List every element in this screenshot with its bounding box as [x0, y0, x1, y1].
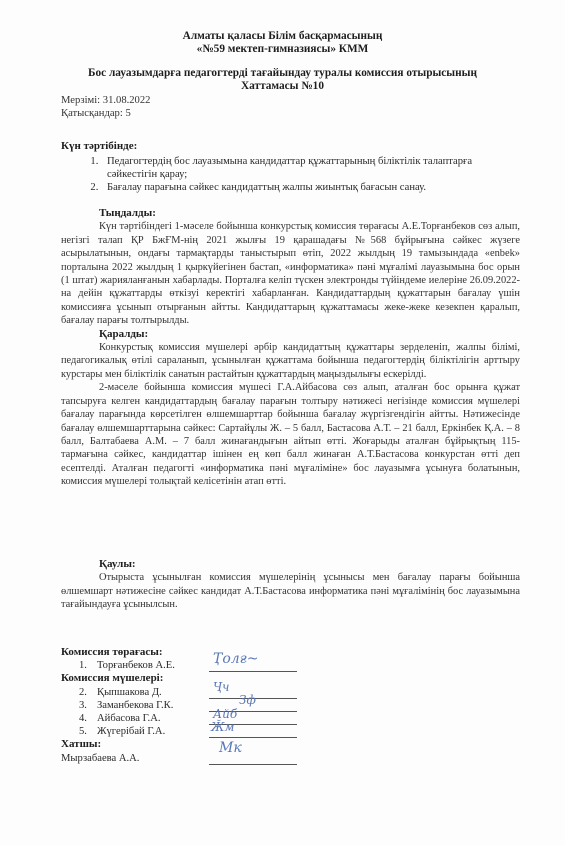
signer-name: Қыпшакова Д. — [97, 686, 162, 699]
members-title: Комиссия мүшелері: — [61, 672, 163, 684]
agenda-list: Педагогтердің бос лауазымына кандидаттар… — [61, 155, 521, 194]
org-line-2: «№59 мектеп-гимназиясы» КММ — [0, 43, 565, 56]
signature-line — [209, 764, 297, 765]
row-number: 4. — [79, 712, 87, 725]
title-line-2: Хаттамасы №10 — [0, 80, 565, 93]
listened-title: Тыңдалды: — [61, 207, 520, 220]
participants-count: Қатысқандар: 5 — [61, 107, 150, 120]
signature-row: 3. Заманбекова Г.К. Зф — [61, 699, 361, 712]
handwritten-signature: Мк — [219, 742, 242, 755]
considered-paragraph-2: 2-мәселе бойынша комиссия мүшесі Г.А.Айб… — [61, 381, 520, 488]
organization-header: Алматы қаласы Білім басқармасының «№59 м… — [0, 30, 565, 56]
row-number: 1. — [79, 659, 87, 672]
row-number: 3. — [79, 699, 87, 712]
signer-name: Айбасова Г.А. — [97, 712, 161, 725]
row-number: 5. — [79, 725, 87, 738]
listened-section: Тыңдалды: Күн тәртібіндегі 1-мәселе бойы… — [61, 207, 520, 489]
agenda-title: Күн тәртібінде: — [61, 140, 521, 153]
signer-name: Мырзабаева А.А. — [61, 752, 139, 765]
handwritten-signature: Ҭолғ~ — [213, 653, 259, 666]
meeting-meta: Мерзімі: 31.08.2022 Қатысқандар: 5 — [61, 94, 150, 120]
signer-name: Заманбекова Г.К. — [97, 699, 173, 712]
signer-name: Жүгерібай Г.А. — [97, 725, 165, 738]
considered-title: Қаралды: — [61, 328, 520, 341]
chair-title: Комиссия төрағасы: — [61, 646, 163, 658]
decision-section: Қаулы: Отырыста ұсынылған комиссия мүшел… — [61, 558, 520, 612]
agenda-item: Бағалау парағына сәйкес кандидаттың жалп… — [101, 181, 521, 194]
meeting-date: Мерзімі: 31.08.2022 — [61, 94, 150, 107]
decision-title: Қаулы: — [61, 558, 520, 571]
secretary-title: Хатшы: — [61, 738, 101, 750]
handwritten-signature: Ҷч — [213, 681, 229, 694]
decision-text: Отырыста ұсынылған комиссия мүшелерінің … — [61, 571, 520, 611]
listened-text: Күн тәртібіндегі 1-мәселе бойынша конкур… — [61, 220, 520, 327]
signature-row: 1. Торғанбеков А.Е. Ҭолғ~ — [61, 659, 361, 672]
signature-row: 5. Жүгерібай Г.А. Ӂм — [61, 725, 361, 738]
considered-paragraph-1: Конкурстық комиссия мүшелері әрбір канди… — [61, 341, 520, 381]
signatures-section: Комиссия төрағасы: 1. Торғанбеков А.Е. Ҭ… — [61, 646, 361, 765]
document-title: Бос лауазымдарға педагогтерді тағайындау… — [0, 67, 565, 93]
document-page: Алматы қаласы Білім басқармасының «№59 м… — [0, 0, 565, 845]
handwritten-signature: Зф — [239, 694, 256, 707]
handwritten-signature: Ӂм — [211, 721, 234, 734]
signer-name: Торғанбеков А.Е. — [97, 659, 175, 672]
agenda-section: Күн тәртібінде: Педагогтердің бос лауазы… — [61, 140, 521, 194]
org-line-1: Алматы қаласы Білім басқармасының — [0, 30, 565, 43]
signature-row: Мырзабаева А.А. Мк — [61, 752, 361, 765]
signature-row: 2. Қыпшакова Д. Ҷч — [61, 686, 361, 699]
title-line-1: Бос лауазымдарға педагогтерді тағайындау… — [0, 67, 565, 80]
agenda-item: Педагогтердің бос лауазымына кандидаттар… — [101, 155, 521, 181]
row-number: 2. — [79, 686, 87, 699]
